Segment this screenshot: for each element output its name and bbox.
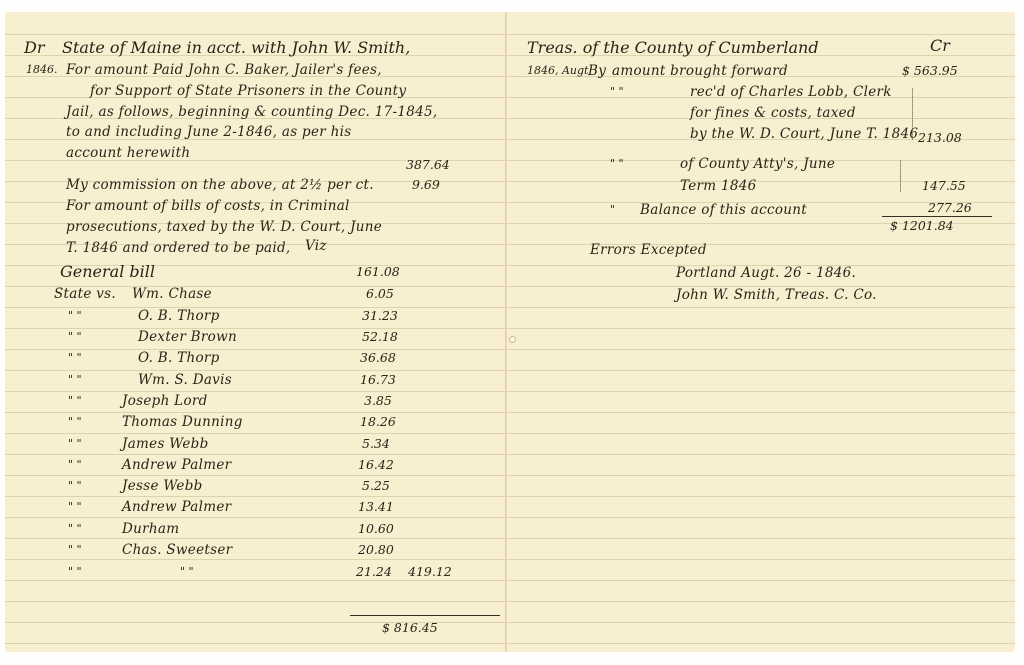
item-prefix: " " <box>68 476 82 496</box>
item-name: O. B. Thorp <box>138 348 220 368</box>
page-fold <box>505 12 507 652</box>
bills-line: For amount of bills of costs, in Crimina… <box>66 196 350 216</box>
narrative-line: account herewith <box>66 143 190 163</box>
place-date: Portland Augt. 26 - 1846. <box>676 263 856 283</box>
item-amount: 16.42 <box>358 455 394 475</box>
item-name: Wm. Chase <box>132 284 212 304</box>
narrative-line: for Support of State Prisoners in the Co… <box>90 81 406 101</box>
entry-line: Term 1846 <box>680 176 757 196</box>
item-name: General bill <box>60 262 155 282</box>
binding-hole <box>509 336 516 343</box>
entry-line: of County Atty's, June <box>680 154 835 174</box>
item-name: Joseph Lord <box>122 391 208 411</box>
item-prefix: " " <box>68 455 82 475</box>
bills-line: prosecutions, taxed by the W. D. Court, … <box>66 217 382 237</box>
narrative-amount: 387.64 <box>406 155 450 175</box>
item-prefix: " " <box>68 497 82 517</box>
item-name: Thomas Dunning <box>122 412 243 432</box>
left-heading: State of Maine in acct. with John W. Smi… <box>62 38 410 58</box>
folio-mark-debit: Dr <box>24 38 44 58</box>
item-prefix: " " <box>68 327 82 347</box>
item-prefix: " " <box>68 348 82 368</box>
closing-text: Errors Excepted <box>590 240 707 260</box>
item-prefix: " " <box>68 519 82 539</box>
item-prefix: " " <box>68 391 82 411</box>
item-prefix: " " <box>68 412 82 432</box>
total-rule <box>350 615 500 616</box>
item-prefix: " " <box>68 306 82 326</box>
item-name: O. B. Thorp <box>138 306 220 326</box>
entry-line: Balance of this account <box>640 200 807 220</box>
entry-prefix: By <box>588 61 606 81</box>
entry-line: rec'd of Charles Lobb, Clerk <box>690 82 892 102</box>
right-total: $ 1201.84 <box>890 216 954 236</box>
entry-prefix: " " <box>610 154 624 174</box>
entry-prefix: " <box>610 200 615 220</box>
item-amount: 31.23 <box>362 306 398 326</box>
entry-amount: 277.26 <box>928 198 972 218</box>
item-amount: 5.34 <box>362 434 390 454</box>
item-name: Dexter Brown <box>138 327 237 347</box>
commission-text: My commission on the above, at 2½ per ct… <box>66 175 374 195</box>
item-amount: 6.05 <box>366 284 394 304</box>
item-name: Jesse Webb <box>122 476 203 496</box>
left-grand-total: $ 816.45 <box>382 618 438 638</box>
item-name: James Webb <box>122 434 209 454</box>
item-amount: 5.25 <box>362 476 390 496</box>
item-name: Andrew Palmer <box>122 455 231 475</box>
entry-amount: $ 563.95 <box>902 61 958 81</box>
entry-line: for fines & costs, taxed <box>690 103 856 123</box>
brace-mark <box>900 160 901 192</box>
brace-mark <box>912 88 913 140</box>
folio-mark-credit: Cr <box>930 36 950 56</box>
bills-line: T. 1846 and ordered to be paid, <box>66 238 291 258</box>
narrative-line: to and including June 2-1846, as per his <box>66 122 351 142</box>
left-year: 1846. <box>26 60 58 80</box>
item-name: Durham <box>122 519 179 539</box>
item-amount: 13.41 <box>358 497 394 517</box>
item-name: Wm. S. Davis <box>138 370 232 390</box>
item-amount: 18.26 <box>360 412 396 432</box>
item-name: " " <box>180 562 194 582</box>
item-amount: 20.80 <box>358 540 394 560</box>
entry-amount: 213.08 <box>918 128 962 148</box>
item-amount: 52.18 <box>362 327 398 347</box>
item-prefix: " " <box>68 434 82 454</box>
right-heading: Treas. of the County of Cumberland <box>527 38 819 58</box>
signature: John W. Smith, Treas. C. Co. <box>676 285 877 305</box>
narrative-line: For amount Paid John C. Baker, Jailer's … <box>66 60 382 80</box>
item-prefix: " " <box>68 562 82 582</box>
item-amount: 36.68 <box>360 348 396 368</box>
item-name: Andrew Palmer <box>122 497 231 517</box>
item-amount: 16.73 <box>360 370 396 390</box>
item-name: Chas. Sweetser <box>122 540 232 560</box>
item-prefix: " " <box>68 370 82 390</box>
commission-amount: 9.69 <box>412 175 440 195</box>
viz-mark: Viz <box>305 236 327 256</box>
entry-amount: 147.55 <box>922 176 966 196</box>
right-date: 1846, Augt <box>527 61 588 81</box>
item-prefix: State vs. <box>54 284 116 304</box>
items-subtotal: 419.12 <box>408 562 452 582</box>
entry-prefix: " " <box>610 82 624 102</box>
entry-line: amount brought forward <box>612 61 788 81</box>
item-amount: 3.85 <box>364 391 392 411</box>
item-amount: 10.60 <box>358 519 394 539</box>
narrative-line: Jail, as follows, beginning & counting D… <box>66 102 438 122</box>
item-amount: 161.08 <box>356 262 400 282</box>
item-prefix: " " <box>68 540 82 560</box>
item-amount: 21.24 <box>356 562 392 582</box>
entry-line: by the W. D. Court, June T. 1846 <box>690 124 918 144</box>
